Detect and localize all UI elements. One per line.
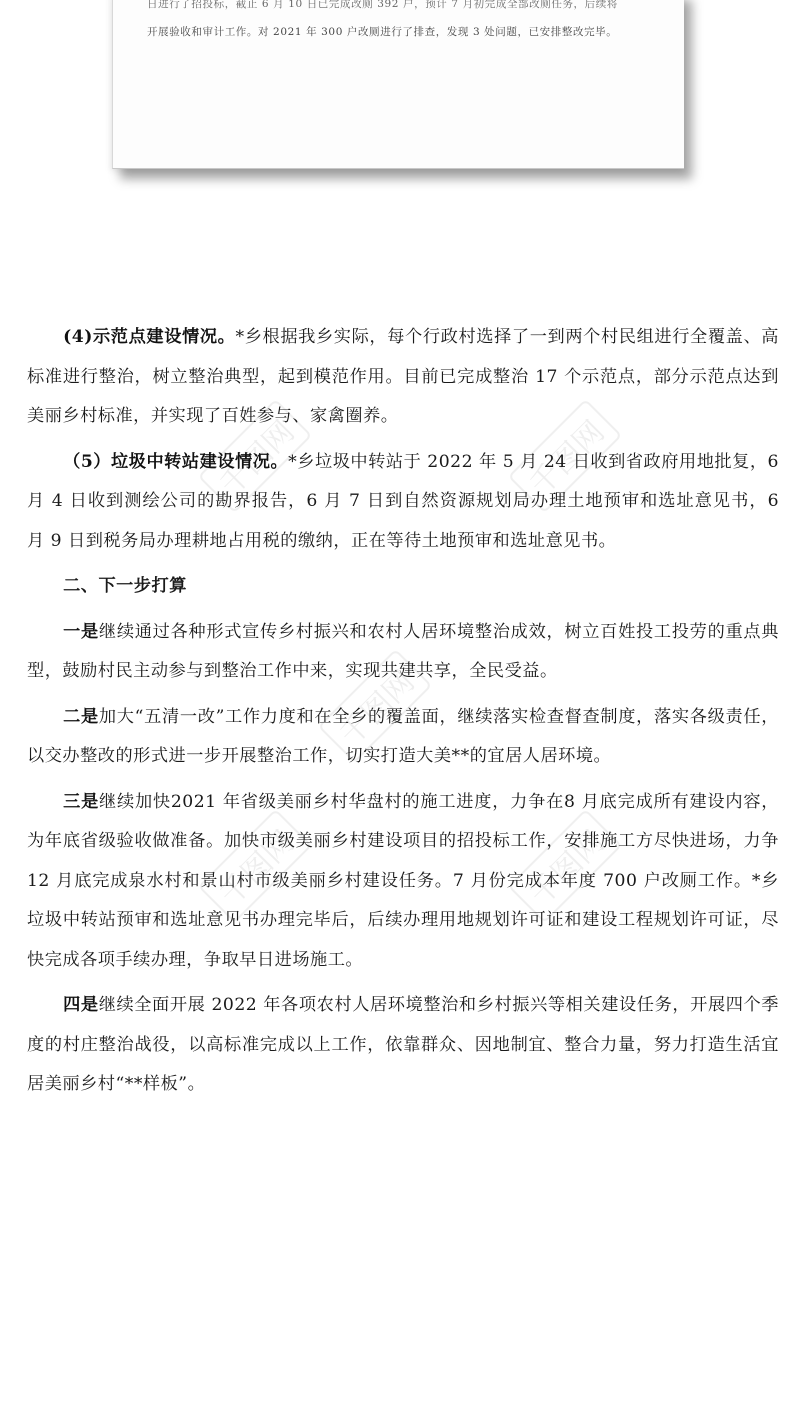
- paragraph-lead: 四是: [63, 995, 99, 1015]
- preview-text-line-1: 日进行了招投标，截止 6 月 10 日已完成改厕 392 户，预计 7 月初完成…: [147, 0, 618, 11]
- paragraph-lead: （5）垃圾中转站建设情况。: [63, 452, 288, 472]
- section-heading-next-steps: 二、下一步打算: [27, 567, 779, 607]
- paragraph-text: 继续全面开展 2022 年各项农村人居环境整治和乡村振兴等相关建设任务，开展四个…: [27, 995, 779, 1094]
- paragraph-step-2: 二是加大“五清一改”工作力度和在全乡的覆盖面，继续落实检查督查制度，落实各级责任…: [27, 698, 779, 777]
- paragraph-text: 加大“五清一改”工作力度和在全乡的覆盖面，继续落实检查督查制度，落实各级责任，以…: [27, 707, 779, 767]
- paragraph-lead: 三是: [63, 792, 99, 812]
- paragraph-transfer-station: （5）垃圾中转站建设情况。*乡垃圾中转站于 2022 年 5 月 24 日收到省…: [27, 443, 779, 562]
- page-preview-card: 日进行了招投标，截止 6 月 10 日已完成改厕 392 户，预计 7 月初完成…: [112, 0, 684, 169]
- paragraph-demo-sites: (4)示范点建设情况。*乡根据我乡实际，每个行政村选择了一到两个村民组进行全覆盖…: [27, 318, 779, 437]
- document-body: (4)示范点建设情况。*乡根据我乡实际，每个行政村选择了一到两个村民组进行全覆盖…: [27, 318, 779, 1111]
- preview-text-line-2: 开展验收和审计工作。对 2021 年 300 户改厕进行了排查，发现 3 处问题…: [147, 24, 617, 39]
- paragraph-step-4: 四是继续全面开展 2022 年各项农村人居环境整治和乡村振兴等相关建设任务，开展…: [27, 986, 779, 1105]
- paragraph-text: 继续通过各种形式宣传乡村振兴和农村人居环境整治成效，树立百姓投工投劳的重点典型，…: [27, 622, 779, 682]
- paragraph-step-1: 一是继续通过各种形式宣传乡村振兴和农村人居环境整治成效，树立百姓投工投劳的重点典…: [27, 613, 779, 692]
- paragraph-step-3: 三是继续加快2021 年省级美丽乡村华盘村的施工进度，力争在8 月底完成所有建设…: [27, 783, 779, 981]
- paragraph-text: 继续加快2021 年省级美丽乡村华盘村的施工进度，力争在8 月底完成所有建设内容…: [27, 792, 779, 970]
- paragraph-lead: (4)示范点建设情况。: [63, 327, 235, 347]
- paragraph-lead: 二是: [63, 707, 99, 727]
- paragraph-lead: 一是: [63, 622, 99, 642]
